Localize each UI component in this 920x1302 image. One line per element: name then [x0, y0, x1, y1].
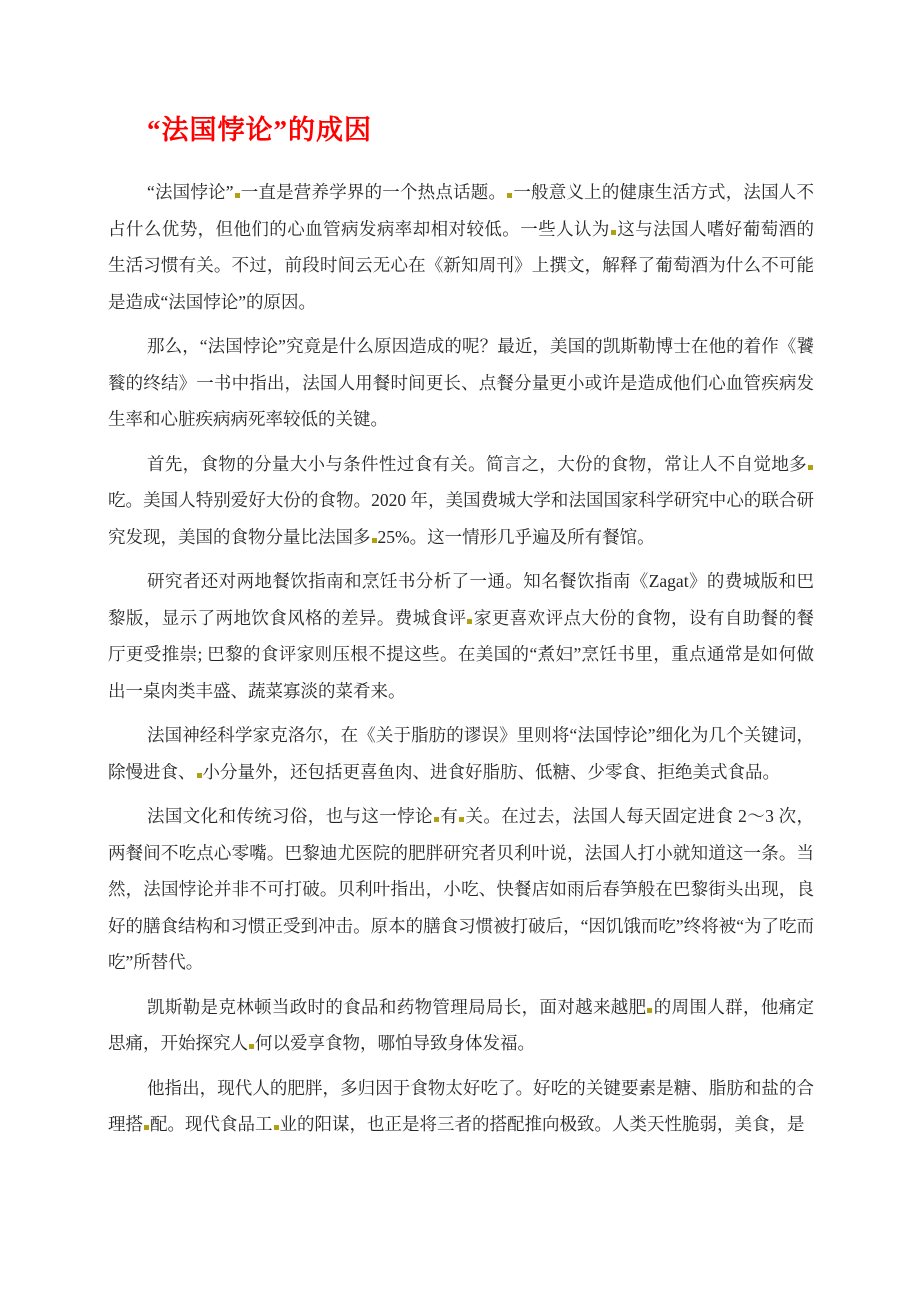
- annotation-mark: [611, 230, 616, 235]
- annotation-mark: [808, 465, 813, 470]
- text-run: 首先，食物的分量大小与条件性过食有关。简言之，大份的食物，常让人不自觉地多: [147, 454, 807, 474]
- annotation-mark: [434, 817, 439, 822]
- text-run: “法国悖论”: [147, 182, 234, 202]
- text-run: 有: [440, 806, 458, 826]
- text-run: 关。在过去，法国人每天固定进食 2～3 次，两餐间不吃点心零嘴。巴黎迪尤医院的肥…: [108, 806, 814, 972]
- document-page: “法国悖论”的成因 “法国悖论”一直是营养学界的一个热点话题。一般意义上的健康生…: [0, 0, 920, 1302]
- text-run: 那么，“法国悖论”究竟是什么原因造成的呢？最近，美国的凯斯勒博士在他的着作《饕餮…: [108, 336, 814, 429]
- text-run: 配。现代食品工: [150, 1114, 273, 1134]
- paragraph: 研究者还对两地餐饮指南和烹饪书分析了一通。知名餐饮指南《Zagat》的费城版和巴…: [108, 563, 814, 709]
- annotation-mark: [372, 538, 377, 543]
- text-run: 25%。这一情形几乎遍及所有餐馆。: [378, 527, 655, 547]
- text-run: 一直是营养学界的一个热点话题。: [241, 182, 507, 202]
- paragraph: 他指出，现代人的肥胖，多归因于食物太好吃了。好吃的关键要素是糖、脂肪和盐的合理搭…: [108, 1070, 814, 1143]
- annotation-mark: [507, 193, 512, 198]
- annotation-mark: [274, 1125, 279, 1130]
- annotation-mark: [647, 1008, 652, 1013]
- text-run: 法国文化和传统习俗，也与这一悖论: [147, 806, 433, 826]
- annotation-mark: [467, 619, 472, 624]
- paragraph: 那么，“法国悖论”究竟是什么原因造成的呢？最近，美国的凯斯勒博士在他的着作《饕餮…: [108, 328, 814, 438]
- annotation-mark: [235, 193, 240, 198]
- text-run: 小分量外，还包括更喜鱼肉、进食好脂肪、低糖、少零食、拒绝美式食品。: [203, 762, 781, 782]
- paragraph: 法国神经科学家克洛尔，在《关于脂肪的谬误》里则将“法国悖论”细化为几个关键词，除…: [108, 717, 814, 790]
- document-body: “法国悖论”一直是营养学界的一个热点话题。一般意义上的健康生活方式，法国人不占什…: [108, 174, 814, 1143]
- annotation-mark: [144, 1125, 149, 1130]
- paragraph: 凯斯勒是克林顿当政时的食品和药物管理局局长，面对越来越肥的周围人群，他痛定思痛，…: [108, 989, 814, 1062]
- paragraph: 首先，食物的分量大小与条件性过食有关。简言之，大份的食物，常让人不自觉地多吃。美…: [108, 446, 814, 556]
- paragraph: “法国悖论”一直是营养学界的一个热点话题。一般意义上的健康生活方式，法国人不占什…: [108, 174, 814, 320]
- paragraph: 法国文化和传统习俗，也与这一悖论有关。在过去，法国人每天固定进食 2～3 次，两…: [108, 798, 814, 981]
- text-run: 业的阳谋，也正是将三者的搭配推向极致。人类天性脆弱，美食，是: [280, 1114, 805, 1134]
- document-title: “法国悖论”的成因: [147, 112, 814, 148]
- annotation-mark: [459, 817, 464, 822]
- text-run: 何以爱享食物，哪怕导致身体发福。: [255, 1033, 535, 1053]
- annotation-mark: [197, 773, 202, 778]
- text-run: 凯斯勒是克林顿当政时的食品和药物管理局局长，面对越来越肥: [147, 997, 646, 1017]
- annotation-mark: [249, 1044, 254, 1049]
